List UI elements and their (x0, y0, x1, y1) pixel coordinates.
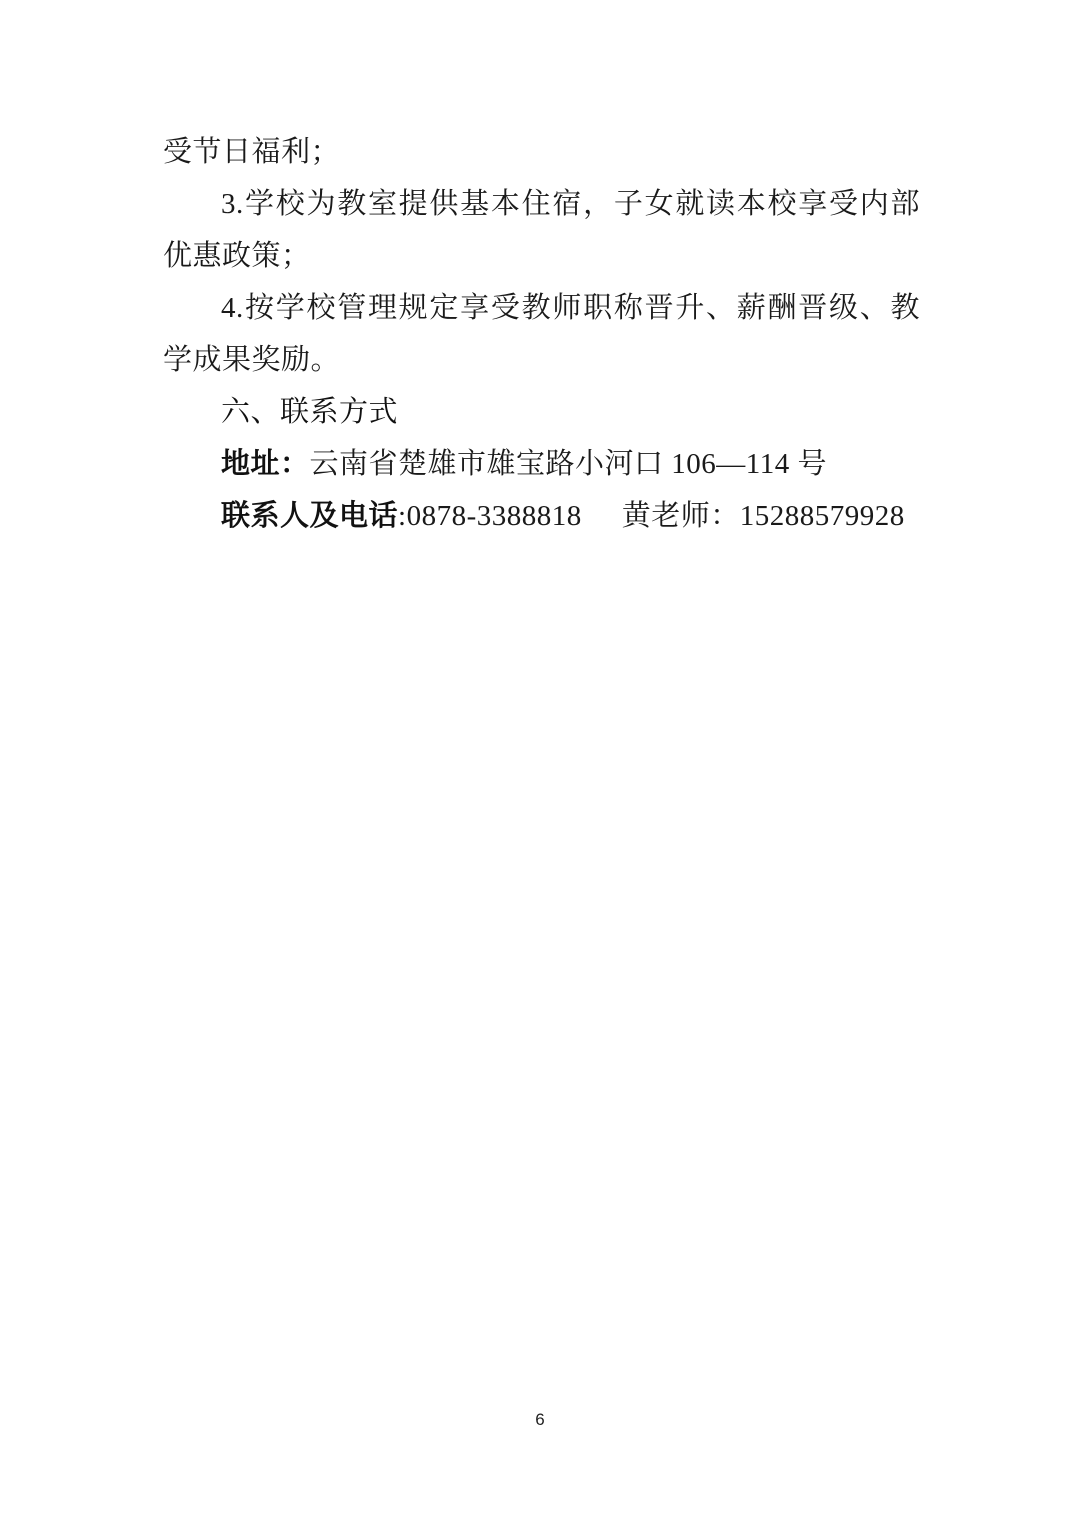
section-heading-contact: 六、联系方式 (163, 386, 920, 438)
paragraph-item-3: 3.学校为教室提供基本住宿，子女就读本校享受内部优惠政策； (163, 178, 920, 282)
page-number: 6 (0, 1408, 1080, 1432)
document-content: 受节日福利； 3.学校为教室提供基本住宿，子女就读本校享受内部优惠政策； 4.按… (163, 126, 920, 542)
address-line: 地址：云南省楚雄市雄宝路小河口 106—114 号 (163, 438, 920, 490)
contact-person-phone-label: 联系人及电话 (221, 500, 398, 532)
paragraph-item-4: 4.按学校管理规定享受教师职称晋升、薪酬晋级、教学成果奖励。 (163, 282, 920, 386)
paragraph-benefits-continued: 受节日福利； (163, 126, 920, 178)
contact-phone-number: :0878-3388818 (398, 500, 582, 532)
contact-line: 联系人及电话:0878-3388818黄老师：15288579928 (163, 490, 920, 542)
address-label: 地址： (221, 448, 310, 480)
document-page: 受节日福利； 3.学校为教室提供基本住宿，子女就读本校享受内部优惠政策； 4.按… (0, 0, 1080, 1528)
address-value: 云南省楚雄市雄宝路小河口 106—114 号 (310, 448, 827, 480)
contact-person-mobile: 黄老师：15288579928 (622, 500, 905, 532)
